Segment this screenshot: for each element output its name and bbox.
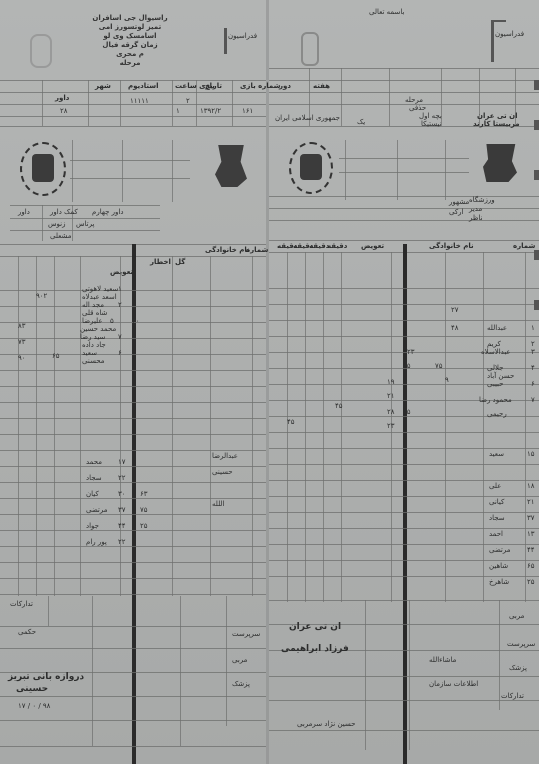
divider [172, 140, 173, 202]
player-name: پور رام [86, 538, 107, 546]
table-header: داور [55, 94, 69, 102]
right-sheet: باسمه تعالی فدراسیون دور هفته مرحله حذفی… [269, 0, 539, 764]
player-number: ۱۸ [527, 482, 535, 490]
footer-note: فرزاد ابراهیمی [281, 644, 349, 654]
away-team: بچه اول [419, 112, 442, 120]
punch-hole-mark [534, 170, 539, 180]
player-minute: ۹ [445, 376, 449, 384]
minute-note: ۹۰ [18, 354, 26, 362]
title-line: م محری [85, 50, 175, 59]
player-name: کیانی [489, 498, 504, 506]
minute-note: ۸۳ [18, 322, 26, 330]
footer-note: ان تی عران [289, 622, 341, 632]
player-minute: ۲۵ [140, 522, 148, 530]
player-number: ۶ [531, 380, 535, 388]
player-name: کریم [487, 340, 501, 348]
divider [42, 205, 43, 241]
table-header: نام خانوادگی [205, 246, 250, 254]
player-minute: ۴۸ [451, 324, 459, 332]
referee-value: پرتاس [76, 220, 94, 228]
title-line: مرحله [85, 59, 175, 68]
minute-note: ۷۳ [18, 338, 26, 346]
table-cell: ۲ [186, 97, 190, 105]
match-result: یک [357, 118, 365, 126]
footer-label: پزشک [232, 680, 250, 688]
player-name: حبیبی [487, 380, 504, 388]
table-header: دقیقه [327, 242, 347, 250]
divider [210, 256, 211, 596]
player-name: حسن آباد [487, 372, 514, 380]
player-number: ۷ [531, 396, 535, 404]
title-line: تمیز لوتسورز امی [85, 23, 175, 32]
stamp-mark [224, 28, 241, 54]
footer-label: پزشک [509, 664, 527, 672]
divider [172, 80, 173, 126]
divider [0, 126, 266, 127]
table-cell: مرحله [405, 96, 423, 104]
scanned-form-page: راسیوال جی اسافران تمیز لوتسورز امی اسام… [0, 0, 539, 764]
footer-note: حکمی [18, 628, 36, 636]
player-number: ۳۰ [118, 490, 126, 498]
footer-note: حسین نژاد سرمربی [297, 720, 355, 728]
table-header: هفته [313, 82, 330, 90]
club-logo-icon [289, 142, 333, 194]
title-line: راسیوال جی اسافران [85, 14, 175, 23]
divider [120, 80, 121, 126]
footer-note: ۹۸ / ۰ / ۱۷ [18, 702, 50, 710]
title-line: اسامسک وی لو [85, 32, 175, 41]
player-name: کیان [86, 490, 99, 498]
home-team-sub: مربیستا کارند [473, 120, 520, 128]
player-name: شاهرخ [489, 578, 509, 586]
player-number: ۳ [531, 348, 535, 356]
player-number: ۲۵ [527, 578, 535, 586]
official-name: عبدالرضا [212, 452, 238, 460]
match-note: جمهوری اسلامی ایران [275, 114, 340, 122]
venue-label: ورزشگاه [469, 196, 495, 204]
table-header: شهر [95, 82, 111, 90]
player-name: مجد اله [82, 301, 104, 309]
table-cell: ۱۶۱ [242, 107, 253, 115]
table-header: گل [175, 258, 185, 266]
stamp-mark [491, 20, 506, 62]
table-header: شماره [513, 242, 535, 250]
player-number: ۴۴ [118, 522, 126, 530]
divider [10, 218, 160, 219]
federation-logo-icon [483, 144, 517, 182]
referee-value: مشعلی [50, 232, 72, 240]
player-minute: ۷۵ [435, 362, 443, 370]
official-name: اللله [212, 500, 224, 508]
punch-hole-mark [534, 300, 539, 310]
table-header: نام خانوادگی [429, 242, 474, 250]
table-cell: ۱۳۹۲/۲ [200, 107, 221, 115]
player-number: ۲ [118, 301, 122, 309]
player-name: محمد حسین [80, 325, 116, 333]
player-name: سعید لاهوتی [82, 285, 118, 293]
player-name: جواد [86, 522, 99, 530]
divider [122, 140, 123, 202]
player-name: عبدالاسلاه [481, 348, 511, 356]
divider [0, 116, 266, 117]
minute-note: ۴۵ [335, 402, 343, 410]
footer-label: تدارکات [10, 600, 33, 608]
player-name: محسنی [82, 357, 104, 365]
player-name: شاه قلی [82, 309, 107, 317]
divider [10, 230, 160, 231]
player-number: ۱۷ [118, 458, 126, 466]
table-header: تعویض [361, 242, 384, 250]
player-number: ۴ [531, 364, 535, 372]
player-number: ۲۱ [527, 498, 535, 506]
venue-label: مدیر [469, 205, 482, 213]
table-cell: ۱ [176, 107, 180, 115]
home-team: ان تی عران [477, 112, 517, 120]
footer-note: اطلاعات سازمان [429, 680, 478, 688]
player-name: علی [489, 482, 501, 490]
player-name: عبدالله [487, 324, 507, 332]
footer-label: مربی [232, 656, 247, 664]
table-header: استادیوم [128, 82, 159, 90]
player-number: ۱۵ [527, 450, 535, 458]
player-name: محمد [86, 458, 102, 466]
punch-hole-mark [534, 120, 539, 130]
watermark-icon [30, 34, 52, 68]
minute-note: ۲۳ [387, 422, 395, 430]
footer-label: تدارکات [501, 692, 524, 700]
player-number: ۶۵ [527, 562, 535, 570]
venue-value: مشهور [449, 198, 469, 206]
venue-value: ارکی [449, 208, 464, 216]
player-number: ۳۷ [527, 514, 535, 522]
divider [80, 256, 81, 596]
player-number: ۲ [531, 340, 535, 348]
punch-hole-mark [534, 250, 539, 260]
divider [88, 80, 89, 126]
player-name: سعید [82, 349, 97, 357]
player-number: ۱۳ [527, 530, 535, 538]
left-title-block: راسیوال جی اسافران تمیز لوتسورز امی اسام… [85, 14, 175, 68]
minute-note: ۷۵ [403, 362, 411, 370]
divider [42, 80, 43, 126]
divider [226, 596, 227, 726]
divider [180, 596, 181, 746]
minute-note: ۱۹ [387, 378, 395, 386]
federation-logo-icon [215, 145, 247, 187]
player-name: سجاد [86, 474, 102, 482]
player-minute: ۶۳ [140, 490, 148, 498]
footer-note: ماشاءالله [429, 656, 456, 664]
footer-label: سرپرست [232, 630, 260, 638]
player-name: محمود رضا [479, 396, 512, 404]
player-name: رحیمی [487, 410, 507, 418]
divider [36, 256, 37, 596]
minute-note: ۲۱ [387, 392, 395, 400]
minute-note: ۲۵ [403, 408, 411, 416]
divider [232, 80, 233, 126]
player-name: سید رضا [80, 333, 105, 341]
divider [172, 256, 173, 596]
divider [0, 80, 266, 81]
divider [54, 256, 55, 596]
divider [92, 596, 93, 746]
player-number: ۳۷ [118, 506, 126, 514]
player-name: احمد [489, 530, 503, 538]
player-number: ۲۲ [118, 538, 126, 546]
player-number: ۵ [110, 317, 114, 325]
player-minute: ۷۵ [140, 506, 148, 514]
player-minute: ۲۳ [407, 348, 415, 356]
table-header: تعویض [110, 268, 133, 276]
watermark-icon [301, 32, 319, 66]
player-name: مرتضی [86, 506, 107, 514]
footer-label: مربی [509, 612, 524, 620]
minute-note: ۲۸ [387, 408, 395, 416]
player-minute: ۳۰ [132, 317, 140, 325]
table-header: دور [279, 82, 291, 90]
left-sheet: راسیوال جی اسافران تمیز لوتسورز امی اسام… [0, 0, 266, 764]
minute-note: ۶۵ [52, 352, 60, 360]
player-name: اسعد عبدلاه [82, 293, 117, 301]
table-header: اخطار [150, 258, 171, 266]
table-header: بازی ساعت [175, 82, 215, 90]
title-line: زمان گرقه فیال [85, 41, 175, 50]
venue-label: ناظر [469, 214, 483, 222]
footer-note: دروازه بانی تبریز [8, 672, 84, 682]
divider [18, 256, 19, 596]
player-name: مرتضی [489, 546, 510, 554]
referee-label: کمک داور [50, 208, 78, 216]
divider [72, 140, 73, 202]
player-name: جاد داده [82, 341, 106, 349]
minute-note: ۹۰۲ [36, 292, 47, 300]
player-name: جلالی [487, 364, 503, 372]
divider [10, 205, 160, 206]
table-cell: حذفی [409, 104, 426, 112]
divider [0, 92, 266, 93]
referee-label: داور چهارم [92, 208, 123, 216]
player-name: شاهین [489, 562, 508, 570]
footer-note: حسینی [16, 684, 48, 694]
player-name: علیرضا [82, 317, 103, 325]
referee-value: زنوس [48, 220, 66, 228]
player-number: ۶ [118, 349, 122, 357]
footer-label: سرپرست [507, 640, 535, 648]
player-name: سجاد [489, 514, 505, 522]
table-cell: ۲۸ [60, 107, 68, 115]
player-number: ۴۴ [527, 546, 535, 554]
player-number: ۲۲ [118, 474, 126, 482]
player-minute: ۲۷ [451, 306, 459, 314]
player-number: ۷ [118, 333, 122, 341]
away-team-sub: نیستیکا [421, 120, 442, 128]
divider [48, 596, 49, 626]
divider [252, 256, 253, 596]
minute-note: ۴۵ [287, 418, 295, 426]
table-cell: ۱۱۱۱۱ [130, 97, 149, 105]
referee-label: داور [18, 208, 30, 216]
player-number: ۱ [531, 324, 535, 332]
player-name: سعید [489, 450, 504, 458]
header-text: باسمه تعالی [369, 8, 404, 16]
punch-hole-mark [534, 80, 539, 90]
club-logo-icon [20, 142, 66, 196]
official-name: حسینی [212, 468, 233, 476]
player-number: ۱ [118, 285, 122, 293]
column-bar [403, 244, 407, 764]
